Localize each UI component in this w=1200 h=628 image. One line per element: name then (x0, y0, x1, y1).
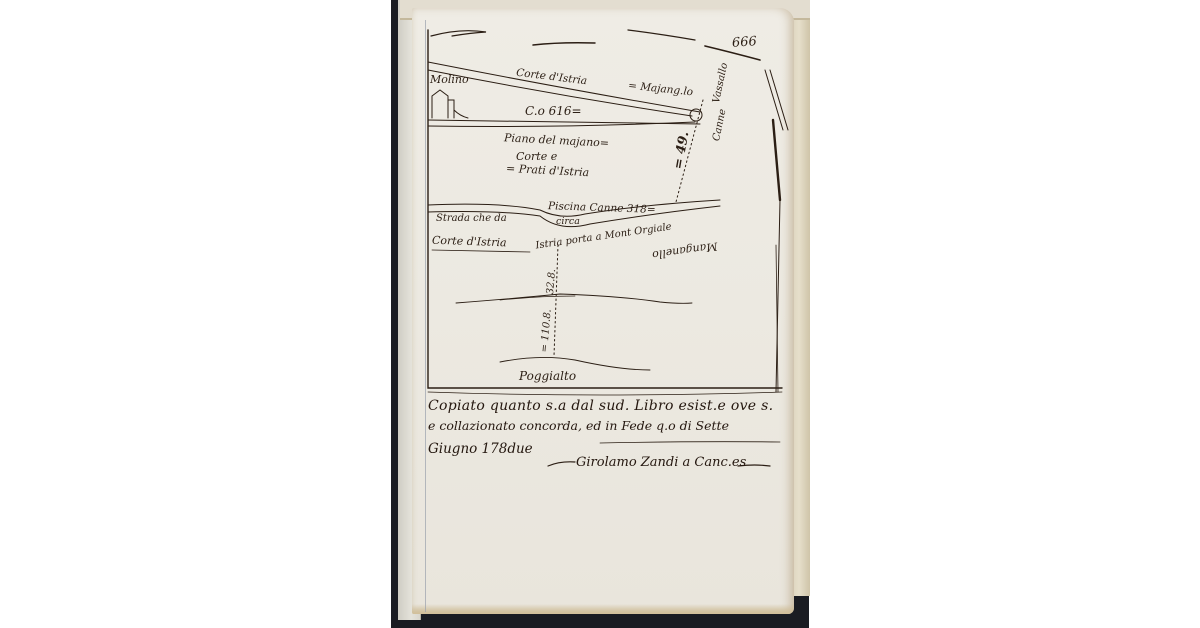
map-label-circa: circa (556, 217, 580, 227)
map-label-corte-d-istria: Corte d'Istria (432, 235, 507, 249)
note-line-3: Giugno 178due (428, 441, 533, 457)
map-label-strada: Strada che da (436, 214, 507, 224)
map-label-corte: Corte e (516, 151, 557, 162)
note-line-2: e collazionato concorda, ed in Fede q.o … (428, 418, 729, 433)
map-label-c616: C.o 616= (525, 105, 582, 117)
map-label-poggialto: Poggialto (519, 370, 576, 382)
note-line-1: Copiato quanto s.a dal sud. Libro esist.… (428, 398, 773, 414)
map-label-molino: Molino (430, 74, 469, 85)
map-drawing (0, 0, 1200, 628)
signature: Girolamo Zandi a Canc.es (576, 455, 746, 470)
page-number: 666 (732, 35, 758, 50)
